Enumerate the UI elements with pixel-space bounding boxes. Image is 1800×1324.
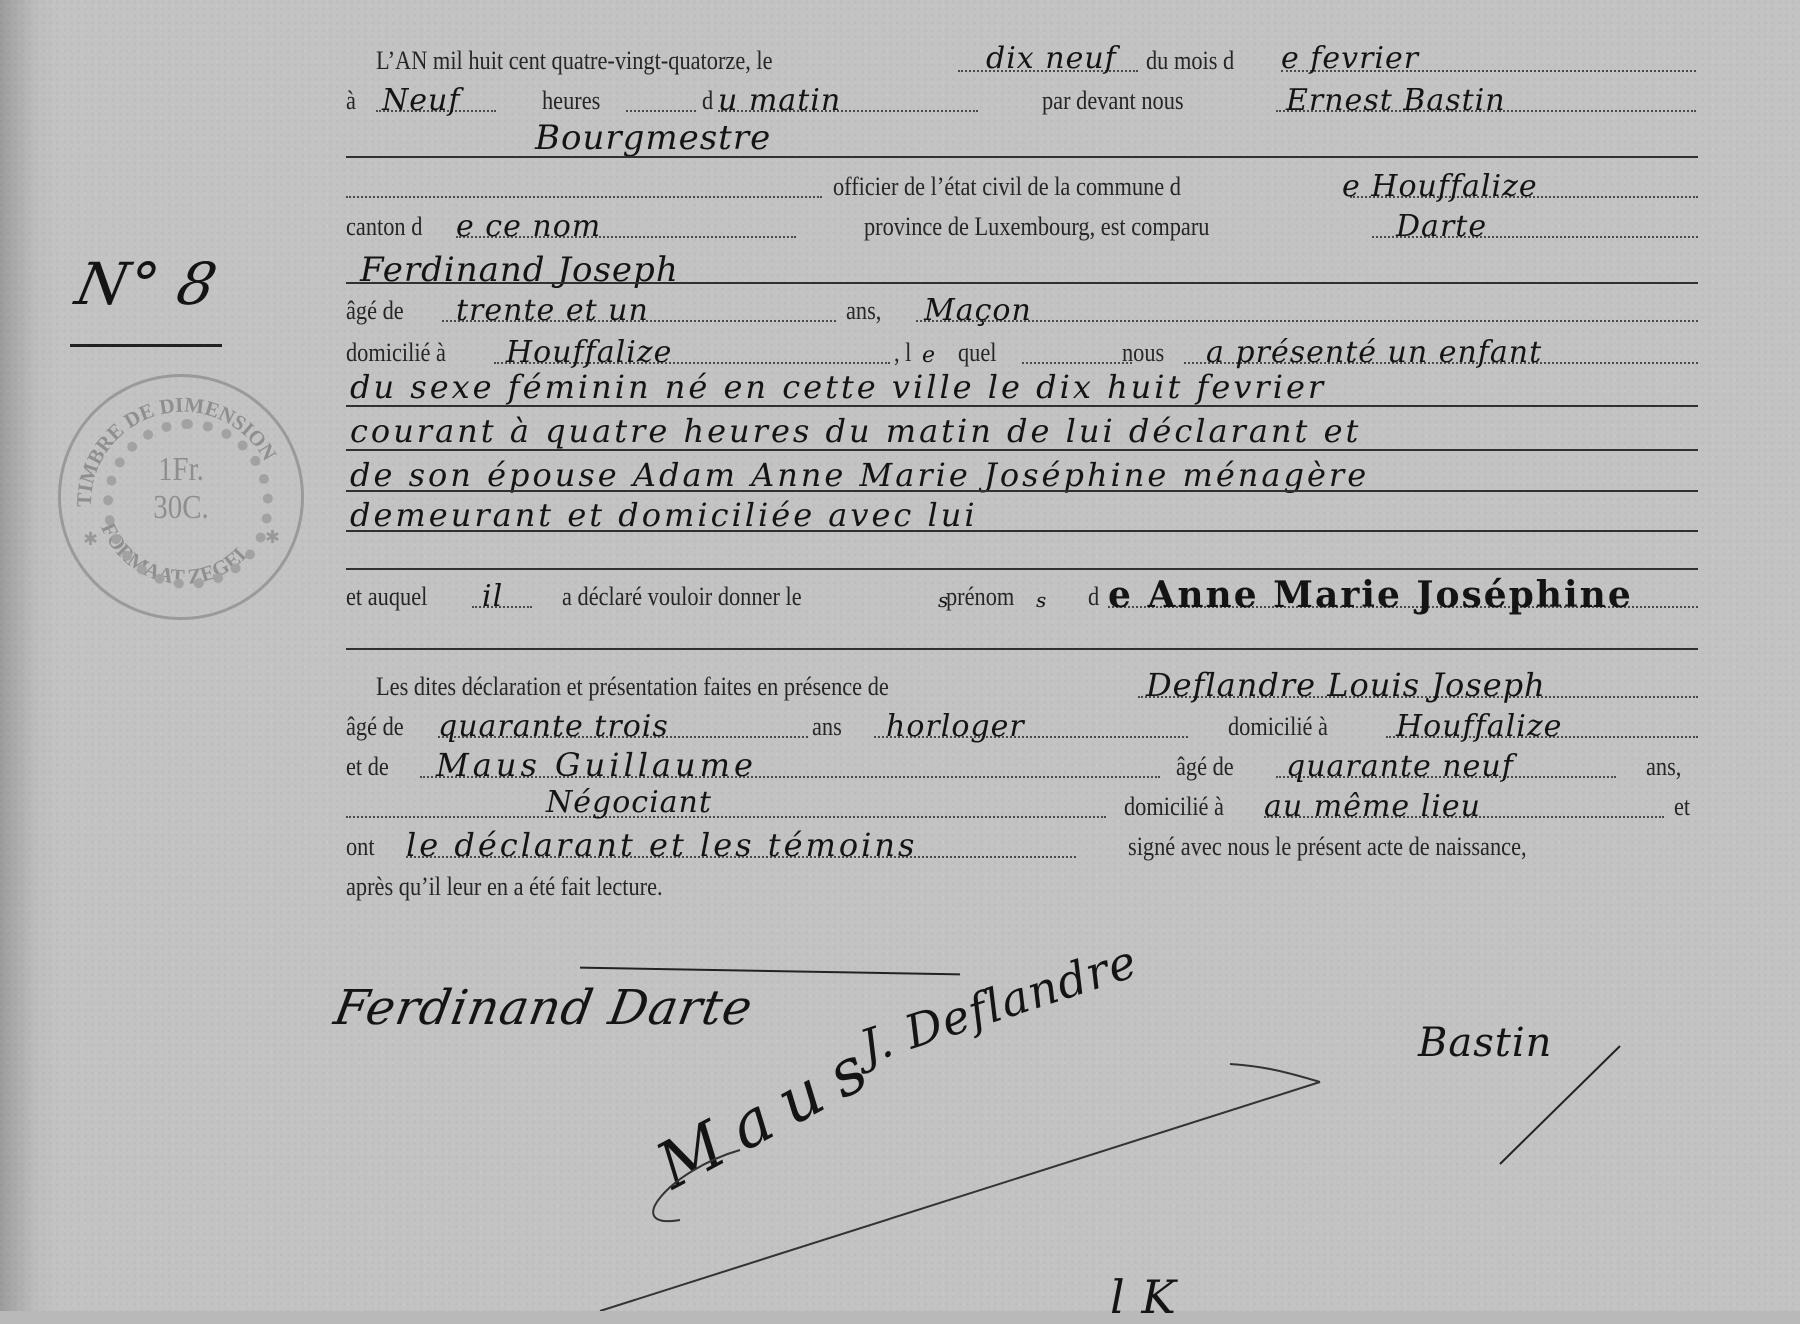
signature-flourish	[580, 967, 960, 976]
rule-line	[346, 568, 1698, 570]
field-month: e fevrier	[1281, 41, 1419, 76]
field-witness-2-age: quarante neuf	[1286, 749, 1514, 784]
field-officer-name: Ernest Bastin	[1286, 83, 1506, 118]
field-declarant-domicile: Houffalize	[506, 335, 672, 370]
field-canton: e ce nom	[456, 209, 601, 244]
birth-details-line-1: du sexe féminin né en cette ville le dix…	[350, 368, 1326, 406]
form-row-witness-2-details: Négociant domicilié à au même lieu et	[346, 786, 1698, 826]
signature-witness-2-flourish	[440, 1060, 1340, 1311]
field-signers: le déclarant et les témoins	[406, 826, 917, 864]
entry-number-underline	[70, 344, 222, 347]
form-row-age-occupation: âgé de trente et un ans, Maçon	[346, 290, 1698, 330]
form-row-closing: après qu’il leur en a été fait lecture.	[346, 866, 1698, 906]
form-row-date: L’AN mil huit cent quatre-vingt-quatorze…	[346, 40, 1698, 80]
form-row-witness-1: Les dites déclaration et présentation fa…	[346, 666, 1698, 706]
field-witness-1-age: quarante trois	[438, 709, 669, 744]
field-witness-1-name: Deflandre Louis Joseph	[1146, 666, 1546, 704]
field-declarant-surname: Darte	[1396, 209, 1487, 244]
signature-declarant: Ferdinand Darte	[330, 980, 757, 1036]
rule-line	[346, 530, 1698, 532]
tax-stamp: TIMBRE DE DIMENSION FORMAAT ZEGEL ✱ ✱ 1F…	[58, 374, 304, 620]
form-row-given-names: et auquel il a déclaré vouloir donner le…	[346, 576, 1698, 616]
rule-line	[346, 490, 1698, 492]
field-hour: Neuf	[382, 83, 460, 118]
field-declarant-occupation: Maçon	[924, 293, 1032, 328]
signature-partial-bottom: l K	[1110, 1270, 1177, 1311]
field-child-given-names: e Anne Marie Joséphine	[1108, 574, 1633, 616]
field-day: dix neuf	[986, 41, 1117, 76]
field-period: u matin	[718, 83, 841, 118]
field-witness-2-name: Maus Guillaume	[436, 746, 757, 784]
field-pronoun: il	[482, 579, 503, 614]
stamp-value-2: 30C.	[79, 489, 283, 527]
field-officer-title: Bourgmestre	[535, 118, 771, 158]
field-witness-1-occupation: horloger	[886, 709, 1025, 744]
field-witness-2-domicile: au même lieu	[1264, 789, 1481, 824]
birth-details-line-3: de son épouse Adam Anne Marie Joséphine …	[350, 456, 1369, 494]
form-row-domicile: domicilié à Houffalize , l e quel nous a…	[346, 332, 1698, 372]
field-presented: a présenté un enfant	[1206, 335, 1542, 370]
rule-line	[346, 282, 1698, 284]
rule-line	[346, 405, 1698, 407]
svg-text:✱: ✱	[83, 529, 98, 549]
form-row-witness-1-details: âgé de quarante trois ans horloger domic…	[346, 706, 1698, 746]
field-witness-2-occupation: Négociant	[546, 785, 712, 820]
form-row-hour: à Neuf heures d u matin par devant nous …	[346, 80, 1698, 120]
form-row-commune: officier de l’état civil de la commune d…	[346, 166, 1698, 206]
document-page: N° 8 TIMBRE DE DIMENSION FORMAAT ZEGEL ✱…	[0, 0, 1800, 1311]
stamp-value-1: 1Fr.	[79, 451, 283, 489]
form-row-witness-2: et de Maus Guillaume âgé de quarante neu…	[346, 746, 1698, 786]
rule-line	[346, 449, 1698, 451]
birth-details-line-2: courant à quatre heures du matin de lui …	[350, 412, 1361, 450]
form-row-canton: canton d e ce nom province de Luxembourg…	[346, 206, 1698, 246]
field-witness-1-domicile: Houffalize	[1396, 709, 1562, 744]
field-declarant-given-names: Ferdinand Joseph	[360, 250, 679, 290]
field-commune: e Houffalize	[1342, 169, 1538, 204]
signature-witness-1: J. Deflandre	[853, 934, 1143, 1074]
entry-number: N° 8	[70, 250, 224, 318]
rule-line	[346, 648, 1698, 650]
field-declarant-age: trente et un	[456, 293, 649, 328]
form-row-signers: ont le déclarant et les témoins signé av…	[346, 826, 1698, 866]
signature-officer-flourish	[1490, 1040, 1630, 1170]
birth-details-line-4: demeurant et domiciliée avec lui	[350, 496, 978, 534]
rule-line	[346, 156, 1698, 158]
